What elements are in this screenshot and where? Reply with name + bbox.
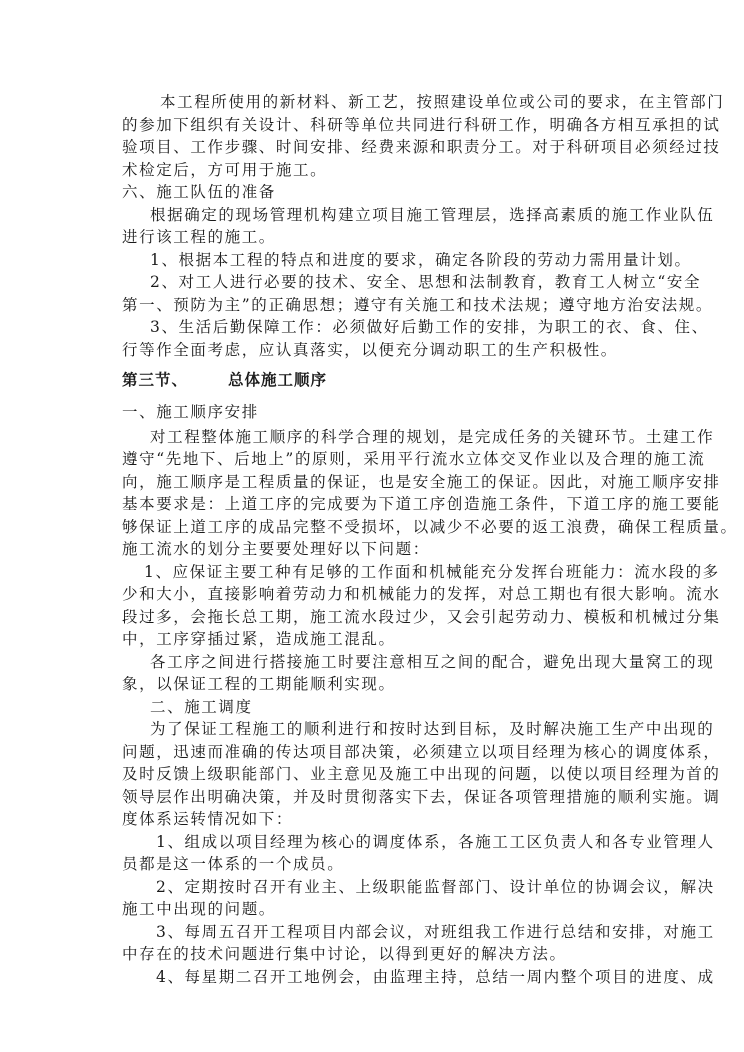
text-line: 问题，迅速而准确的传达项目部决策，必须建立以项目经理为核心的调度体系， bbox=[122, 743, 721, 761]
text-line: 各工序之间进行搭接施工时要注意相互之间的配合，避免出现大量窝工的现 bbox=[150, 653, 714, 671]
text-line: 术检定后，方可用于施工。 bbox=[122, 161, 327, 179]
text-line: 施工流水的划分主要要处理好以下问题： bbox=[122, 540, 430, 558]
text-line: 4、每星期二召开工地例会，由监理主持，总结一周内整个项目的进度、成 bbox=[156, 968, 715, 986]
text-line: 1、根据本工程的特点和进度的要求，确定各阶段的劳动力需用量计划。 bbox=[150, 251, 692, 269]
text-line: 3、生活后勤保障工作：必须做好后勤工作的安排，为职工的衣、食、住、 bbox=[150, 318, 709, 336]
text-line: 一、施工顺序安排 bbox=[122, 403, 259, 421]
text-line: 进行该工程的施工。 bbox=[122, 228, 276, 246]
document-page: 第三节、总体施工顺序 本工程所使用的新材料、新工艺，按照建设单位或公司的要求，在… bbox=[0, 0, 744, 1052]
text-line: 2、定期按时召开有业主、上级职能监督部门、设计单位的协调会议，解决 bbox=[156, 878, 715, 896]
text-line: 六、施工队伍的准备 bbox=[122, 183, 276, 201]
text-line: 本工程所使用的新材料、新工艺，按照建设单位或公司的要求，在主管部门 bbox=[160, 93, 724, 111]
text-line: 为了保证工程施工的顺利进行和按时达到目标，及时解决施工生产中出现的 bbox=[150, 720, 714, 738]
text-line: 二、施工调度 bbox=[150, 698, 253, 716]
text-line: 1、组成以项目经理为核心的调度体系，各施工工区负责人和各专业管理人 bbox=[156, 833, 715, 851]
text-line: 第一、预防为主”的正确思想；遵守有关施工和技术法规；遵守地方治安法规。 bbox=[122, 296, 713, 314]
text-line: 对工程整体施工顺序的科学合理的规划，是完成任务的关键环节。土建工作 bbox=[150, 428, 714, 446]
text-line: 验项目、工作步骤、时间安排、经费来源和职责分工。对于科研项目必须经过技 bbox=[122, 138, 721, 156]
section-number: 第三节、 bbox=[122, 371, 188, 389]
text-line: 向，施工顺序是工程质量的保证，也是安全施工的保证。因此，对施工顺序安排 bbox=[122, 473, 721, 491]
text-line: 中，工序穿插过紧，造成施工混乱。 bbox=[122, 630, 396, 648]
text-line: 遵守“先地下、后地上”的原则，采用平行流水立体交叉作业以及合理的施工流 bbox=[122, 450, 705, 468]
text-line: 段过多，会拖长总工期，施工流水段过少，又会引起劳动力、模板和机械过分集 bbox=[122, 608, 721, 626]
text-line: 领导层作出明确决策，并及时贯彻落实下去，保证各项管理措施的顺利实施。调 bbox=[122, 788, 721, 806]
text-line: 施工中出现的问题。 bbox=[122, 900, 276, 918]
text-line: 够保证上道工序的成品完整不受损坏，以减少不必要的返工浪费，确保工程质量。 bbox=[122, 518, 738, 536]
text-line: 根据确定的现场管理机构建立项目施工管理层，选择高素质的施工作业队伍 bbox=[150, 206, 714, 224]
text-line: 1、应保证主要工种有足够的工作面和机械能充分发挥台班能力：流水段的多 bbox=[144, 563, 720, 581]
text-line: 员都是这一体系的一个成员。 bbox=[122, 855, 344, 873]
section-title: 总体施工顺序 bbox=[228, 371, 327, 389]
section-heading: 第三节、总体施工顺序 bbox=[122, 368, 327, 390]
text-line: 行等作全面考虑，应认真落实，以便充分调动职工的生产积极性。 bbox=[122, 341, 618, 359]
text-line: 2、对工人进行必要的技术、安全、思想和法制教育，教育工人树立“安全 bbox=[150, 273, 701, 291]
text-line: 少和大小，直接影响着劳动力和机械能力的发挥，对总工期也有很大影响。流水 bbox=[122, 585, 721, 603]
text-line: 3、每周五召开工程项目内部会议，对班组我工作进行总结和安排，对施工 bbox=[156, 923, 715, 941]
text-line: 及时反馈上级职能部门、业主意见及施工中出现的问题，以使以项目经理为首的 bbox=[122, 765, 721, 783]
text-line: 象，以保证工程的工期能顺利实现。 bbox=[122, 675, 396, 693]
text-line: 基本要求是：上道工序的完成要为下道工序创造施工条件，下道工序的施工要能 bbox=[122, 495, 721, 513]
text-line: 度体系运转情况如下： bbox=[122, 810, 293, 828]
text-line: 中存在的技术问题进行集中讨论，以得到更好的解决方法。 bbox=[122, 945, 567, 963]
text-line: 的参加下组织有关设计、科研等单位共同进行科研工作，明确各方相互承担的试 bbox=[122, 116, 721, 134]
